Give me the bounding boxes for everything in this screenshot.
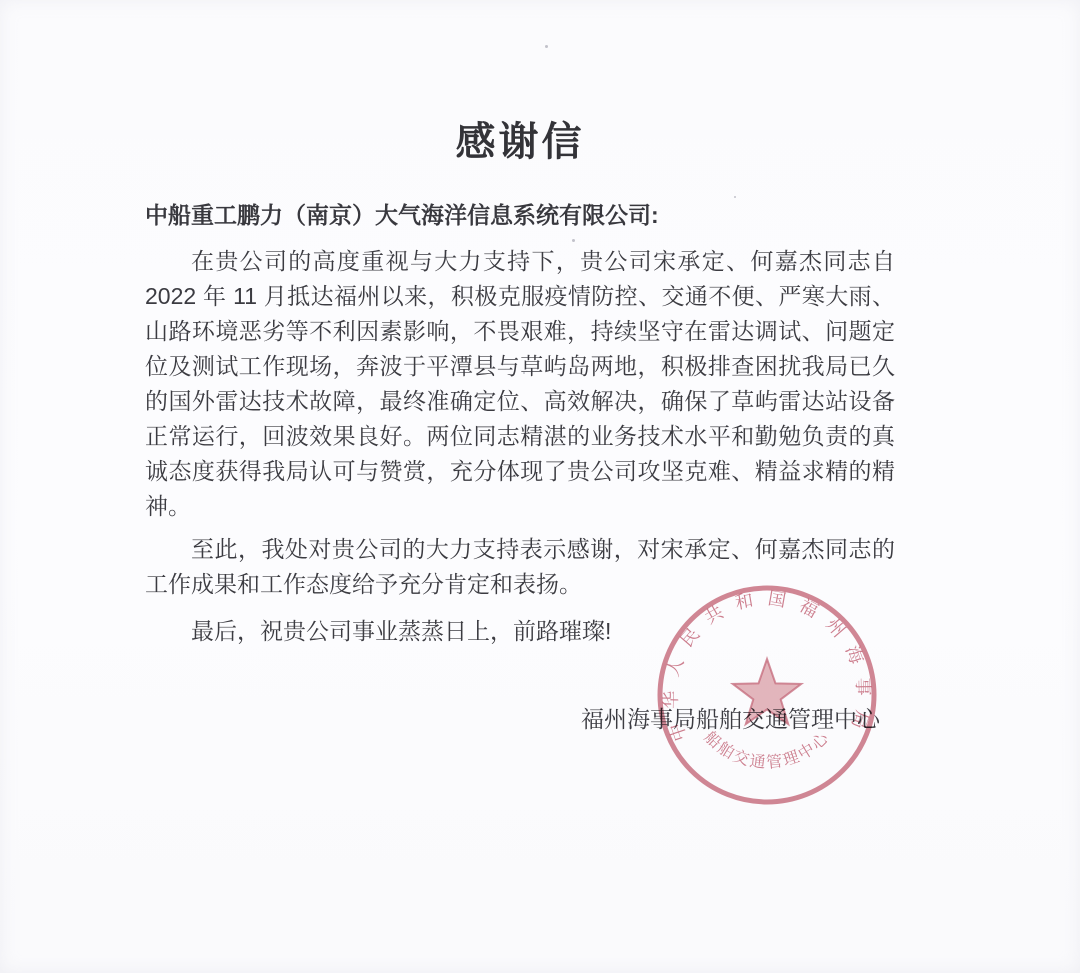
scan-speck [545, 45, 548, 48]
scan-speck [572, 239, 575, 242]
scan-speck [734, 196, 736, 198]
scan-speck [523, 372, 525, 374]
letter-paragraph-1: 在贵公司的高度重视与大力支持下，贵公司宋承定、何嘉杰同志自 2022 年 11 … [145, 244, 895, 524]
signature-org-name: 福州海事局船舶交通管理中心 [581, 706, 880, 732]
letter-paragraph-3: 最后，祝贵公司事业蒸蒸日上，前路璀璨! [145, 614, 895, 649]
seal-inner-text: 船舶交通管理中心 [701, 728, 834, 772]
letter-salutation: 中船重工鹏力（南京）大气海洋信息系统有限公司: [145, 200, 895, 230]
signature-row: 福州海事局船舶交通管理中心 [145, 704, 895, 734]
letter-content: 感谢信 中船重工鹏力（南京）大气海洋信息系统有限公司: 在贵公司的高度重视与大力… [0, 0, 1080, 734]
letter-page: 感谢信 中船重工鹏力（南京）大气海洋信息系统有限公司: 在贵公司的高度重视与大力… [0, 0, 1080, 973]
letter-paragraph-2: 至此，我处对贵公司的大力支持表示感谢，对宋承定、何嘉杰同志的工作成果和工作态度给… [145, 532, 895, 602]
letter-title: 感谢信 [145, 0, 895, 164]
